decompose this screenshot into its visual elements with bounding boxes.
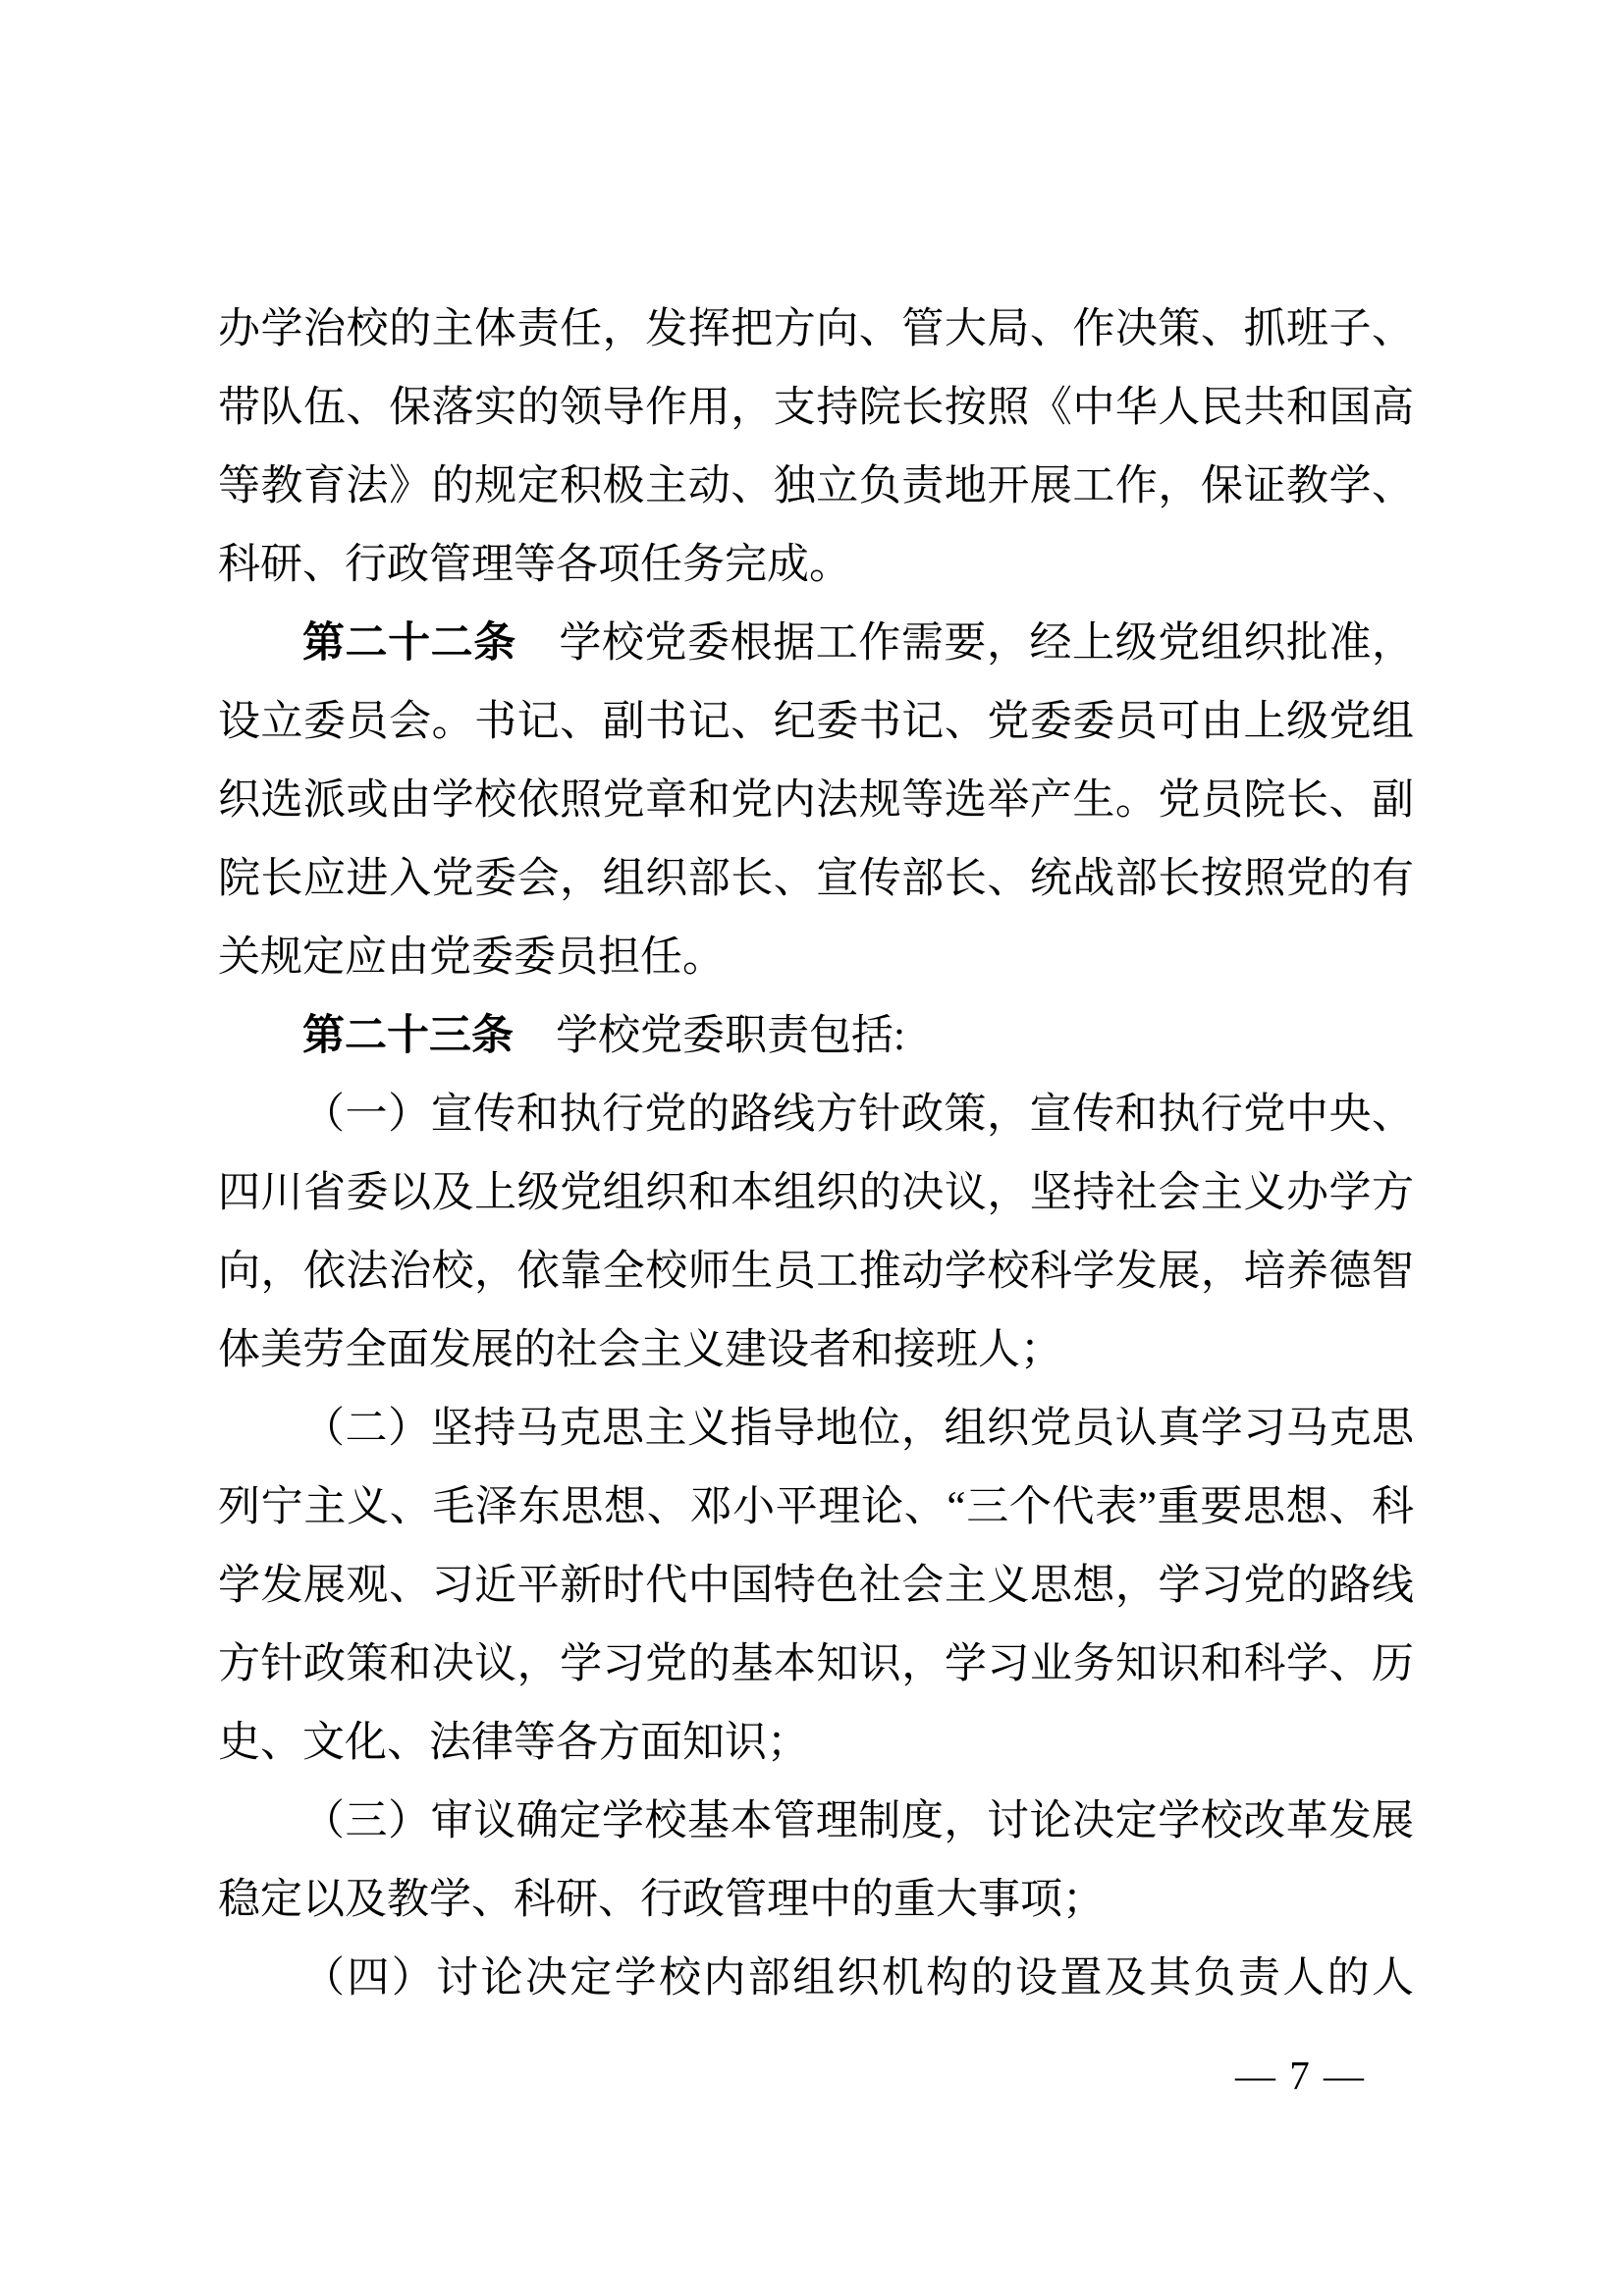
article-23-text: 学校党委职责包括: <box>514 1013 905 1059</box>
page-number: — 7 — <box>1235 2054 1382 2097</box>
duty-item-2: （二）坚持马克思主义指导地位，组织党员认真学习马克思列宁主义、毛泽东思想、邓小平… <box>218 1390 1414 1783</box>
document-page: 办学治校的主体责任，发挥把方向、管大局、作决策、抓班子、带队伍、保落实的领导作用… <box>0 0 1624 2296</box>
article-23-paragraph: 第二十三条 学校党委职责包括: <box>218 997 1414 1076</box>
paragraph-continuation: 办学治校的主体责任，发挥把方向、管大局、作决策、抓班子、带队伍、保落实的领导作用… <box>218 291 1414 605</box>
article-23-number: 第二十三条 <box>302 1013 514 1059</box>
duty-item-1: （一）宣传和执行党的路线方针政策，宣传和执行党中央、四川省委以及上级党组织和本组… <box>218 1076 1414 1390</box>
duty-item-4: （四）讨论决定学校内部组织机构的设置及其负责人的人 <box>218 1940 1414 2018</box>
article-22-number: 第二十二条 <box>302 620 516 667</box>
document-body: 办学治校的主体责任，发挥把方向、管大局、作决策、抓班子、带队伍、保落实的领导作用… <box>218 291 1414 2018</box>
duty-item-3: （三）审议确定学校基本管理制度，讨论决定学校改革发展稳定以及教学、科研、行政管理… <box>218 1783 1414 1940</box>
article-22-text: 学校党委根据工作需要，经上级党组织批准，设立委员会。书记、副书记、纪委书记、党委… <box>218 620 1414 981</box>
article-22-paragraph: 第二十二条 学校党委根据工作需要，经上级党组织批准，设立委员会。书记、副书记、纪… <box>218 605 1414 997</box>
